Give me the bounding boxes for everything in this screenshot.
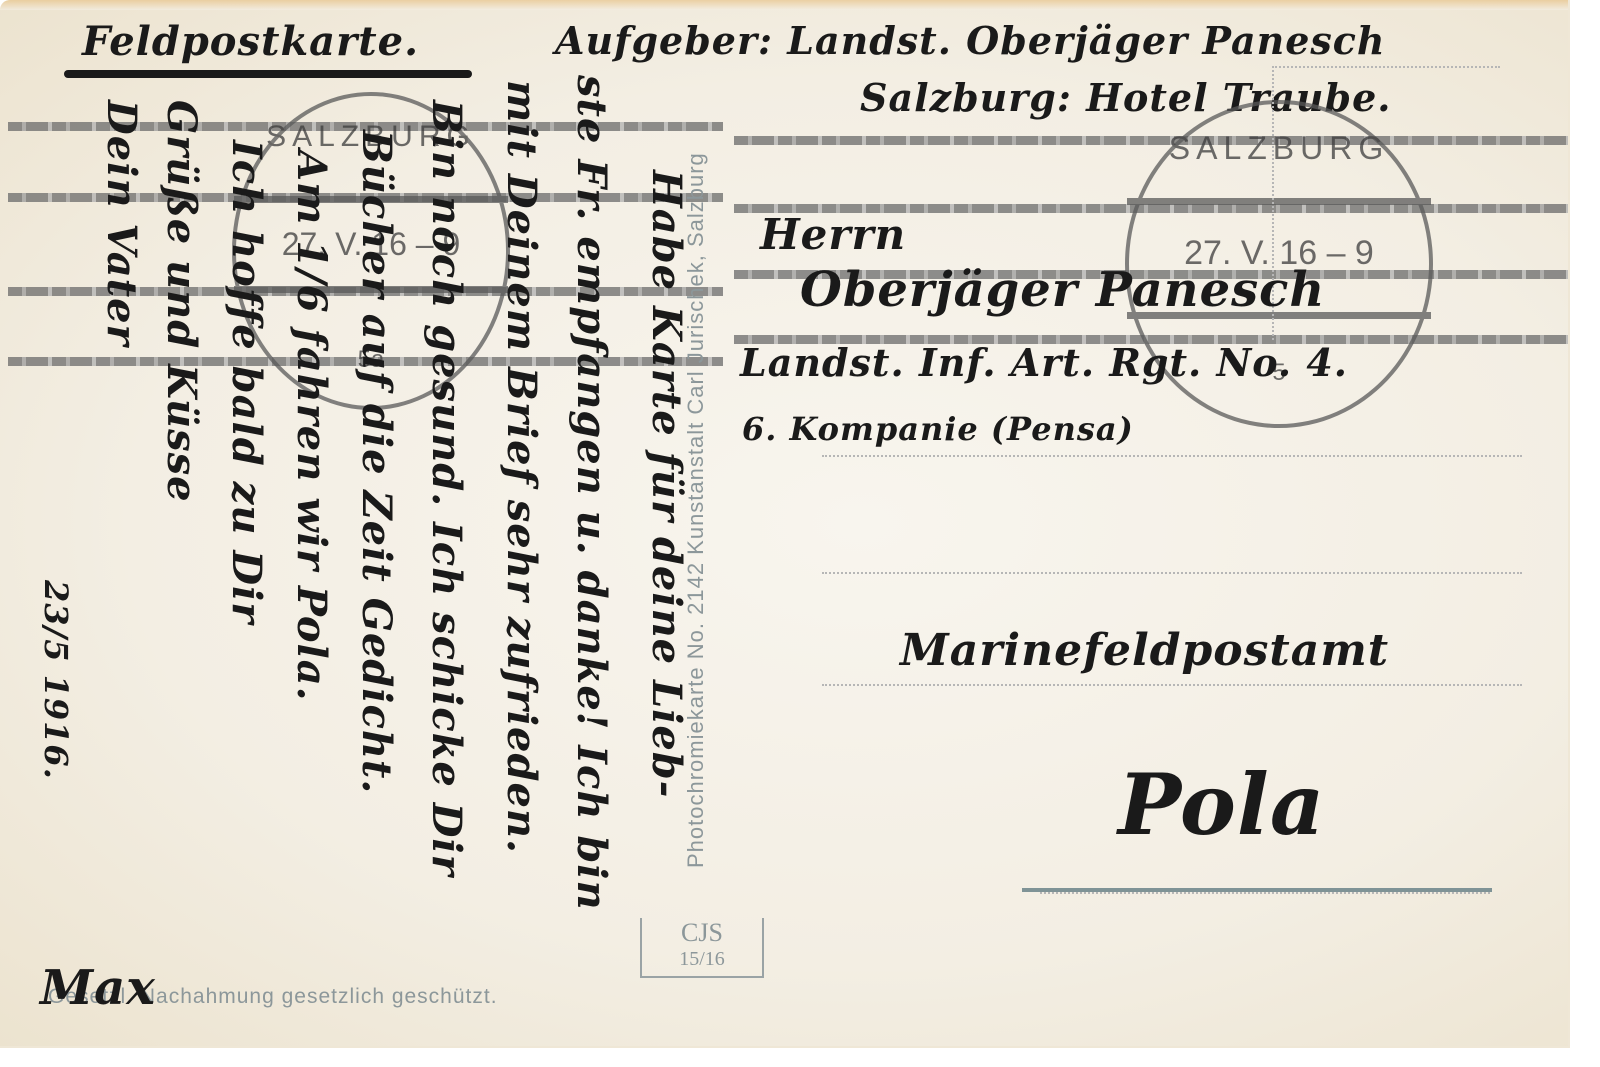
message-line: ste Fr. empfangen u. danke! Ich bin [568,75,615,911]
message-line: Grüße und Küsse [158,100,205,503]
address-underline [1022,888,1492,892]
logo-initials: CJS [642,918,762,948]
message-line: Am 1/6 fahren wir Pola. [288,150,335,702]
header-feldpostkarte: Feldpostkarte. [82,18,419,65]
message-line: Dein Vater [98,100,145,347]
date-note: 23/5 1916. [37,580,75,780]
postcard: Feldpostkarte. Aufgeber: Landst. Oberjäg… [0,0,1570,1048]
paper-edge [0,0,1568,10]
address-line [822,684,1522,686]
address-name: Oberjäger Panesch [800,262,1325,318]
address-salutation: Herrn [760,210,906,259]
address-line [822,572,1522,574]
header-underline [64,70,472,78]
signature: Max [40,960,156,1016]
address-city: Pola [1118,755,1325,854]
message-line: Bücher auf die Zeit Gedicht. [353,130,400,794]
address-company: 6. Kompanie (Pensa) [742,410,1134,448]
address-unit: Landst. Inf. Art. Rgt. No. 4. [740,340,1348,385]
sender-line-1: Aufgeber: Landst. Oberjäger Panesch [555,18,1386,63]
message-line: Ich hoffe bald zu Dir [223,140,270,624]
message-line: mit Deinem Brief sehr zufrieden. [498,80,545,854]
message-line: Bin noch gesund. Ich schicke Dir [423,100,470,877]
message-line: Habe Karte für deine Lieb- [643,170,690,798]
address-line [822,455,1522,457]
publisher-logo: CJS 15/16 [640,918,764,978]
address-line [1040,892,1490,894]
address-post-office: Marinefeldpostamt [900,625,1389,676]
logo-number: 15/16 [642,948,762,970]
